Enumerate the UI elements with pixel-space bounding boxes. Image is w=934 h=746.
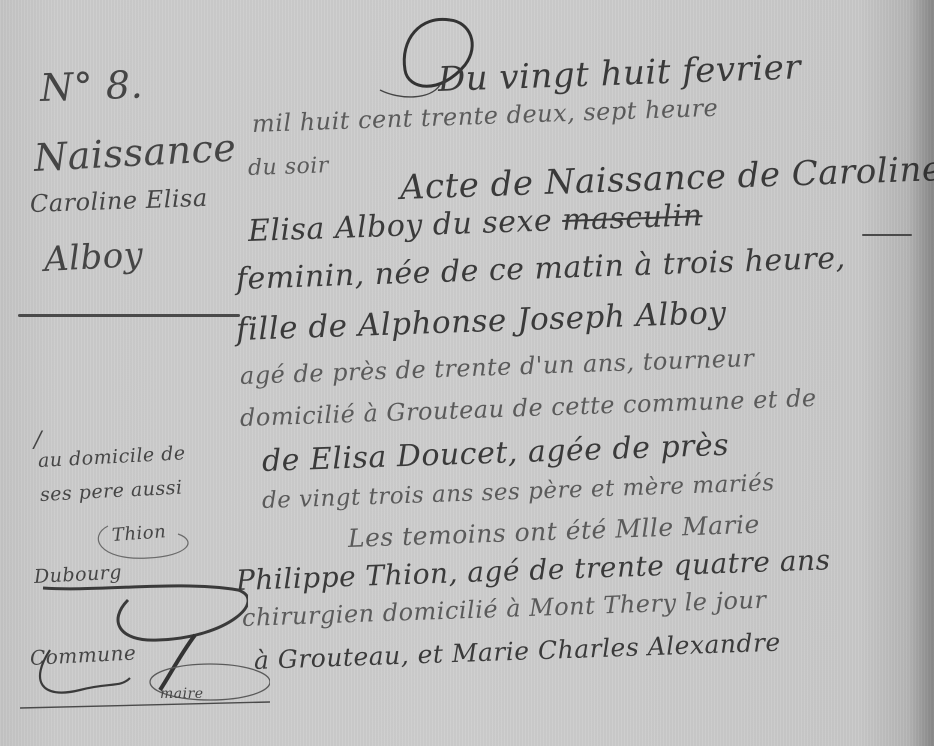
- marginal-note-line-1: au domicile de: [37, 442, 186, 472]
- body-line-1: Du vingt huit fevrier: [437, 47, 801, 100]
- register-page: N° 8. Naissance Caroline Elisa Alboy / a…: [0, 0, 934, 746]
- line-fill-dash: [862, 234, 912, 236]
- body-line-11: de vingt trois ans ses père et mère mari…: [262, 470, 775, 514]
- subject-surname: Alboy: [43, 235, 144, 280]
- body-line-5: Elisa Alboy du sexe masculin: [247, 198, 703, 249]
- body-line-10: de Elisa Doucet, agée de près: [261, 428, 729, 479]
- body-line-12: Les temoins ont été Mlle Marie: [347, 510, 760, 553]
- signature-commune-flourish-icon: [20, 630, 270, 710]
- entry-number: N° 8.: [39, 62, 144, 110]
- body-line-7: fille de Alphonse Joseph Alboy: [235, 295, 727, 348]
- body-line-8: agé de près de trente d'un ans, tourneur: [240, 344, 755, 390]
- signature-thion-flourish-icon: [88, 516, 208, 566]
- struck-word: masculin: [562, 198, 704, 238]
- signature-maire: maire: [160, 686, 204, 702]
- body-line-15: à Grouteau, et Marie Charles Alexandre: [253, 628, 781, 675]
- body-line-2: mil huit cent trente deux, sept heure: [252, 94, 719, 138]
- body-line-5-text: Elisa Alboy du sexe: [247, 203, 562, 249]
- marginal-note-line-2: ses pere aussi: [39, 477, 183, 506]
- record-type: Naissance: [33, 125, 237, 180]
- body-line-9: domicilié à Grouteau de cette commune et…: [240, 384, 818, 432]
- subject-given-names: Caroline Elisa: [30, 184, 209, 218]
- body-line-3: du soir: [248, 153, 330, 181]
- page-edge-shadow: [908, 0, 934, 746]
- body-line-6: feminin, née de ce matin à trois heure,: [235, 241, 846, 297]
- margin-separator-rule: [18, 314, 240, 317]
